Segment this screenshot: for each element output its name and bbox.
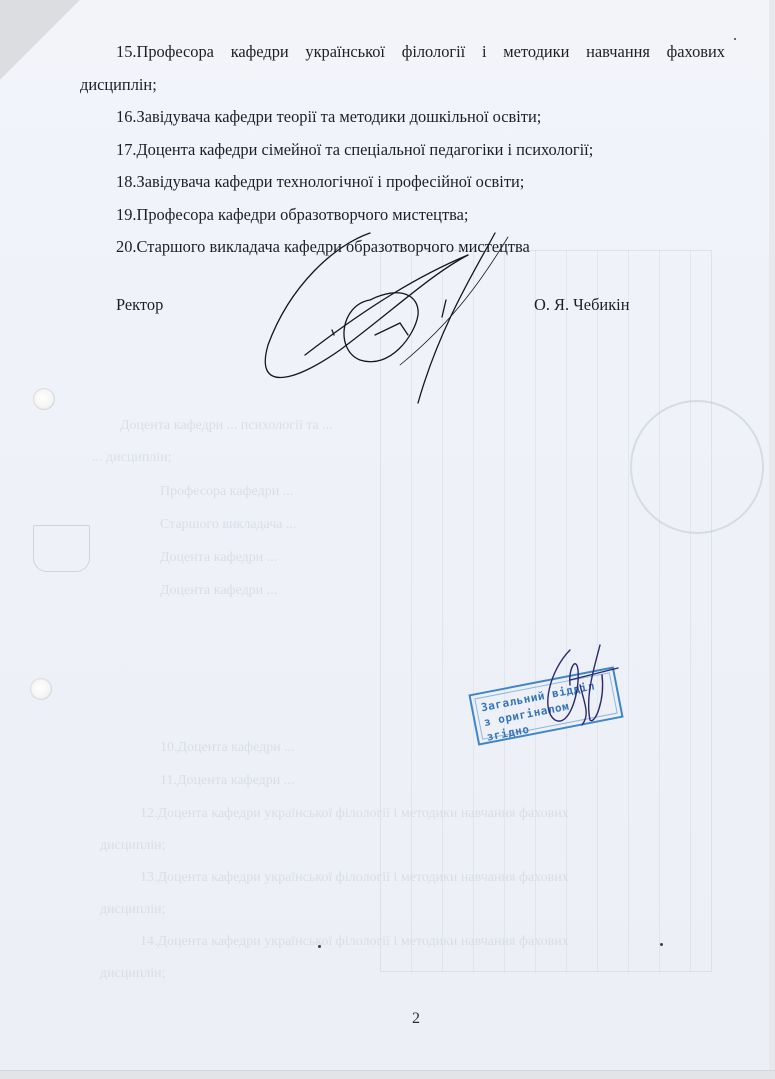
bleed-through-crest-icon: [33, 525, 90, 572]
bleed-through-line: дисциплін;: [100, 838, 166, 854]
stamp-signature-icon: [540, 640, 620, 730]
scanned-page: Доцента кафедри ... психології та ... ..…: [0, 0, 775, 1079]
bleed-through-line: 14.Доцента кафедри української філології…: [140, 934, 569, 950]
bleed-through-line: 11.Доцента кафедри ...: [160, 773, 294, 789]
list-item-15: 15.Професора кафедри української філолог…: [80, 36, 725, 69]
signatory-role: Ректор: [116, 295, 163, 315]
list-item-16: 16.Завідувача кафедри теорії та методики…: [80, 101, 725, 134]
page-number: 2: [412, 1010, 420, 1028]
bleed-through-line: Доцента кафедри ... психології та ...: [120, 418, 333, 434]
page-bottom-edge: [0, 1070, 775, 1079]
folded-corner: [0, 0, 80, 80]
punch-hole: [30, 678, 52, 700]
list-item-17: 17.Доцента кафедри сімейної та спеціальн…: [80, 134, 725, 167]
signatory-name: О. Я. Чебикін: [534, 295, 630, 315]
bleed-through-line: 13.Доцента кафедри української філології…: [140, 870, 569, 886]
bleed-through-line: Професора кафедри ...: [160, 484, 293, 500]
scan-speck: [734, 38, 736, 40]
bleed-through-line: 10.Доцента кафедри ...: [160, 740, 295, 756]
bleed-through-line: Доцента кафедри ...: [160, 550, 277, 566]
handwritten-signature-icon: [250, 225, 540, 410]
scan-speck: [660, 943, 663, 946]
page-right-edge: [769, 0, 775, 1079]
bleed-through-line: ... дисциплін;: [92, 450, 172, 466]
bleed-through-line: Старшого викладача ...: [160, 517, 296, 533]
list-item-18: 18.Завідувача кафедри технологічної і пр…: [80, 166, 725, 199]
bleed-through-line: 12.Доцента кафедри української філології…: [140, 806, 569, 822]
bleed-through-line: дисциплін;: [100, 902, 166, 918]
punch-hole: [33, 388, 55, 410]
bleed-through-line: дисциплін;: [100, 966, 166, 982]
bleed-through-line: Доцента кафедри ...: [160, 583, 277, 599]
scan-speck: [318, 945, 321, 948]
list-item-15-continuation: дисциплін;: [80, 69, 725, 102]
bleed-through-round-seal: [630, 400, 764, 534]
